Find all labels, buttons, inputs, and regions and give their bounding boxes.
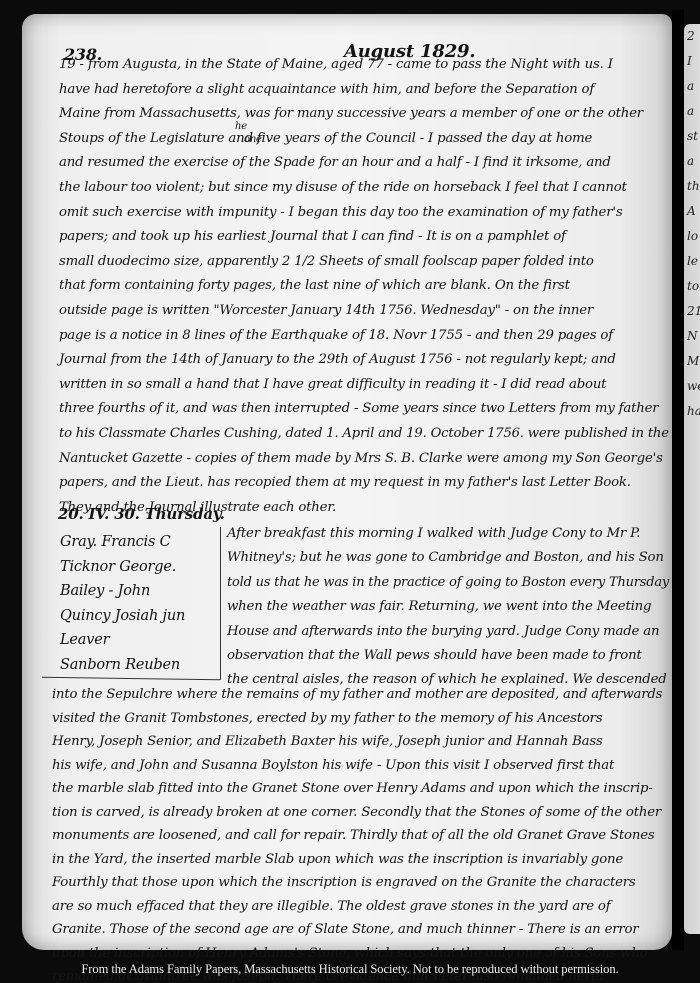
manuscript-line: three fourths of it, and was then interr… xyxy=(59,401,658,416)
manuscript-line: are so much effaced that they are illegi… xyxy=(52,899,610,914)
facing-page-fragment: lo xyxy=(684,224,700,249)
margin-rule-vertical xyxy=(220,527,221,680)
manuscript-line: his wife, and John and Susanna Boylston … xyxy=(52,758,614,773)
copyright-caption: From the Adams Family Papers, Massachuse… xyxy=(0,962,700,977)
manuscript-line: papers, and the Lieut. has recopied them… xyxy=(59,475,631,490)
manuscript-line: page is a notice in 8 lines of the Earth… xyxy=(59,328,613,343)
manuscript-line: visited the Granit Tombstones, erected b… xyxy=(52,711,602,726)
manuscript-line: Fourthly that those upon which the inscr… xyxy=(52,875,636,890)
interlinear-insertion: he xyxy=(235,121,247,132)
manuscript-line: the labour too violent; but since my dis… xyxy=(59,180,627,195)
facing-page-fragment: to xyxy=(684,274,700,299)
facing-page-fragment: le xyxy=(684,249,700,274)
manuscript-line: Henry, Joseph Senior, and Elizabeth Baxt… xyxy=(52,734,603,749)
manuscript-line: to his Classmate Charles Cushing, dated … xyxy=(59,426,669,441)
facing-page-fragment: a xyxy=(684,99,700,124)
margin-rule-horizontal xyxy=(42,677,220,680)
manuscript-line: Granite. Those of the second age are of … xyxy=(52,922,639,937)
manuscript-line: papers; and took up his earliest Journal… xyxy=(59,229,566,244)
facing-page-fragment: N xyxy=(684,324,700,349)
facing-page-fragment: st xyxy=(684,124,700,149)
margin-name: Leaver xyxy=(60,628,195,653)
book-gutter xyxy=(672,10,684,950)
facing-page-fragment: M xyxy=(684,349,700,374)
manuscript-line: told us that he was in the practice of g… xyxy=(227,575,669,590)
margin-name: Sanborn Reuben xyxy=(60,653,195,678)
facing-page-fragment: I xyxy=(684,49,700,74)
facing-page-fragment: we xyxy=(684,374,700,399)
interlinear-insertion: one xyxy=(244,134,262,145)
manuscript-line: Stoups of the Legislature and five years… xyxy=(59,131,592,146)
facing-page-fragment: a xyxy=(684,74,700,99)
manuscript-line: in the Yard, the inserted marble Slab up… xyxy=(52,852,623,867)
facing-page-fragment: a xyxy=(684,149,700,174)
manuscript-line: the central aisles, the reason of which … xyxy=(227,672,667,687)
facing-page-fragment: A xyxy=(684,199,700,224)
facing-page-fragment: 2 xyxy=(684,24,700,49)
manuscript-line: observation that the Wall pews should ha… xyxy=(227,648,642,663)
margin-name: Bailey - John xyxy=(60,579,195,604)
manuscript-line: After breakfast this morning I walked wi… xyxy=(227,526,640,541)
manuscript-line: written in so small a hand that I have g… xyxy=(59,377,606,392)
facing-page-edge: 2IaastathAloleto21NMweha xyxy=(684,24,700,934)
manuscript-line: small duodecimo size, apparently 2 1/2 S… xyxy=(59,254,594,269)
manuscript-line: Journal from the 14th of January to the … xyxy=(59,352,616,367)
margin-name: Quincy Josiah jun xyxy=(60,604,195,629)
margin-name: Gray. Francis C xyxy=(60,530,195,555)
manuscript-line: the marble slab fitted into the Granet S… xyxy=(52,781,653,796)
manuscript-page: 238. August 1829. 19 - from Augusta, in … xyxy=(22,14,672,950)
facing-page-fragment: ha xyxy=(684,399,700,424)
facing-page-fragment: 21 xyxy=(684,299,700,324)
manuscript-line: upon the inscription of Henry Adams's St… xyxy=(52,946,648,961)
manuscript-line: outside page is written "Worcester Janua… xyxy=(59,303,593,318)
manuscript-line: Whitney's; but he was gone to Cambridge … xyxy=(227,550,664,565)
manuscript-line: 19 - from Augusta, in the State of Maine… xyxy=(59,57,613,72)
manuscript-line: and resumed the exercise of the Spade fo… xyxy=(59,155,611,170)
manuscript-line: omit such exercise with impunity - I beg… xyxy=(59,205,622,220)
manuscript-line: tion is carved, is already broken at one… xyxy=(52,805,661,820)
manuscript-line: House and afterwards into the burying ya… xyxy=(227,624,659,639)
manuscript-line: that form containing forty pages, the la… xyxy=(59,278,570,293)
manuscript-line: Maine from Massachusetts, was for many s… xyxy=(59,106,643,121)
margin-name: Ticknor George. xyxy=(60,555,195,580)
manuscript-line: have had heretofore a slight acquaintanc… xyxy=(59,82,594,97)
manuscript-line: monuments are loosened, and call for rep… xyxy=(52,828,655,843)
facing-page-fragment: th xyxy=(684,174,700,199)
manuscript-line: Nantucket Gazette - copies of them made … xyxy=(59,451,663,466)
manuscript-line: into the Sepulchre where the remains of … xyxy=(52,687,662,702)
manuscript-line: when the weather was fair. Returning, we… xyxy=(227,599,651,614)
margin-names-list: Gray. Francis CTicknor George.Bailey - J… xyxy=(60,530,195,677)
entry-date: 20. IV. 30. Thursday. xyxy=(58,505,225,523)
